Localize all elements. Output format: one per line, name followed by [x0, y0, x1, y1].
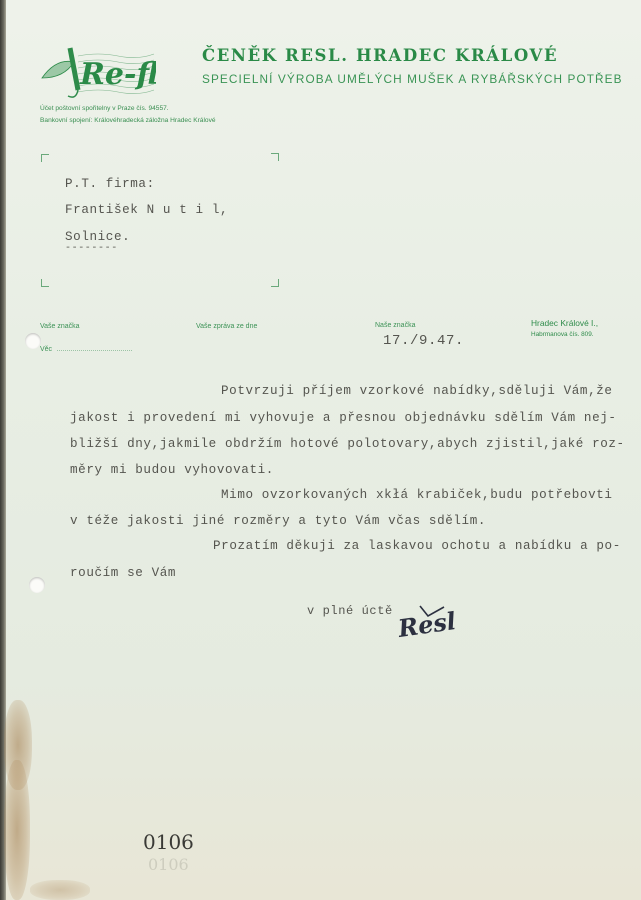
body-line-8: roučím se Vám — [70, 566, 176, 580]
recipient-line-city: Solnice. — [65, 230, 130, 244]
punch-hole — [29, 577, 45, 593]
body-line-3: bližší dny,jakmile obdržím hotové poloto… — [70, 437, 625, 451]
body-line-5: Mimo ovzorkovaných xkłá krabiček,budu po… — [221, 488, 613, 502]
water-stain — [30, 880, 90, 900]
punch-hole — [25, 333, 41, 349]
our-reference-label: Naše značka — [375, 322, 415, 329]
company-name: ČENĚK RESL. HRADEC KRÁLOVÉ — [202, 46, 558, 65]
signature-hacek-icon — [418, 604, 446, 618]
window-corner-tl — [41, 154, 49, 162]
window-corner-bl — [41, 279, 49, 287]
body-line-7: Prozatím děkuji za laskavou ochotu a nab… — [213, 539, 621, 553]
subject-label: Věc — [40, 346, 52, 353]
recipient-line-firm: P.T. firma: — [65, 177, 155, 191]
archive-stamp-ghost: 0106 — [148, 855, 189, 874]
subject-dotted-line — [57, 350, 132, 351]
your-reference-label: Vaše značka — [40, 323, 80, 330]
refly-logo-icon: Re-fly — [38, 40, 156, 102]
letter-date: 17./9.47. — [383, 333, 464, 349]
company-tagline: SPECIELNÍ VÝROBA UMĚLÝCH MUŠEK A RYBÁŘSK… — [202, 72, 623, 86]
body-line-2: jakost i provedení mi vyhovuje a přesnou… — [70, 411, 617, 425]
sender-street: Habrmanova čís. 809. — [531, 331, 594, 338]
sender-city: Hradec Králové I., — [531, 318, 598, 328]
body-line-6: v téže jakosti jiné rozměry a tyto Vám v… — [70, 514, 486, 528]
postal-account-line: Účet poštovní spořitelny v Praze čís. 94… — [40, 105, 169, 112]
recipient-underline: -------- — [65, 243, 118, 254]
water-stain — [4, 760, 30, 900]
archive-number-stamp: 0106 — [143, 830, 194, 854]
window-corner-br — [271, 279, 279, 287]
recipient-line-name: František N u t i l, — [65, 203, 228, 217]
body-line-4: měry mi budou vyhovovati. — [70, 463, 274, 477]
body-line-1: Potvrzuji příjem vzorkové nabídky,sděluj… — [221, 384, 613, 398]
closing-salutation: v plné úctě — [307, 604, 393, 618]
window-corner-tr — [271, 153, 279, 161]
your-message-date-label: Vaše zpráva ze dne — [196, 323, 257, 330]
bank-connection-line: Bankovní spojení: Královéhradecká záložn… — [40, 117, 216, 124]
svg-text:Re-fly: Re-fly — [79, 57, 156, 92]
